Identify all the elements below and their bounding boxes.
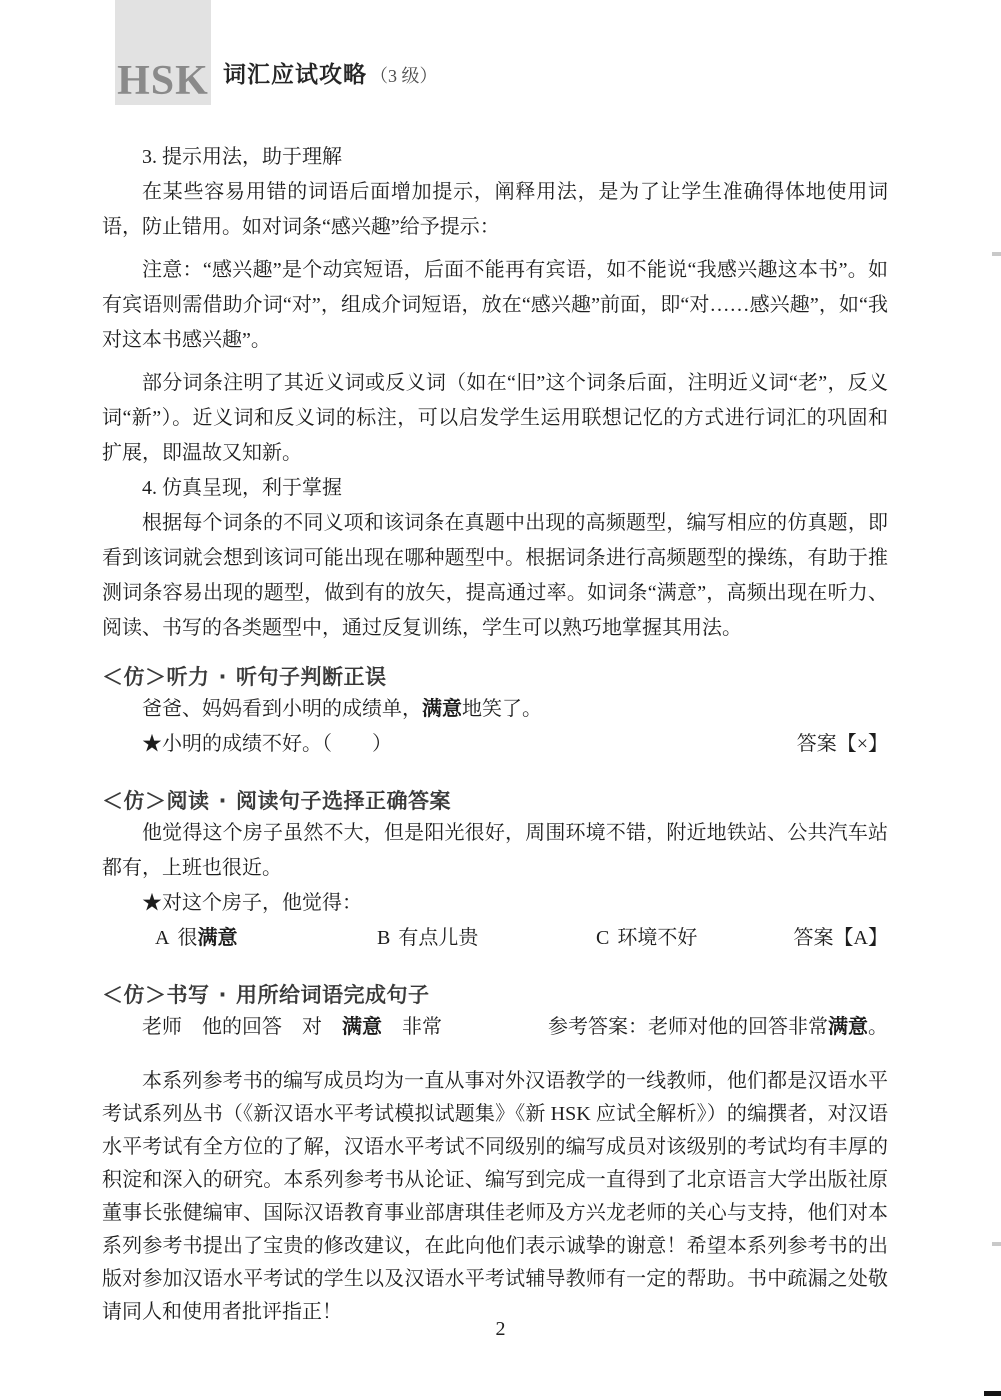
listening-header-skill: 听力 — [167, 665, 210, 689]
book-level: （3 级） — [370, 62, 438, 88]
writing-words-pre: 老师 他的回答 对 — [142, 1016, 342, 1038]
writing-header-desc: 用所给词语完成句子 — [236, 983, 430, 1007]
writing-words-post: 非常 — [382, 1016, 442, 1038]
writing-header-tag: ＜仿＞ — [102, 983, 167, 1007]
writing-answer-keyword: 满意 — [828, 1016, 868, 1038]
reading-answer: 答案【A】 — [794, 921, 888, 956]
page-header: HSK 词汇应试攻略 （3 级） — [115, 0, 438, 105]
listening-answer: 答案【×】 — [797, 727, 888, 762]
option-a-label: A — [155, 927, 169, 949]
scan-edge-mark-bottom — [984, 1391, 1001, 1396]
hsk-logo: HSK — [117, 59, 209, 103]
writing-word-list: 老师 他的回答 对 满意 非常 — [142, 1010, 442, 1045]
keyword-manyi: 满意 — [422, 698, 462, 720]
dot-separator: · — [219, 665, 227, 689]
writing-answer-post: 。 — [868, 1016, 888, 1038]
closing-paragraph: 本系列参考书的编写成员均为一直从事对外汉语教学的一线教师，他们都是汉语水平考试系… — [102, 1065, 888, 1329]
listening-header-tag: ＜仿＞ — [102, 665, 167, 689]
option-c: C环境不好 — [596, 921, 794, 956]
writing-answer-pre: 参考答案：老师对他的回答非常 — [548, 1016, 828, 1038]
point-4-title: 4. 仿真呈现，利于掌握 — [102, 471, 888, 506]
reading-header-skill: 阅读 — [167, 789, 210, 813]
option-a-text: 很 — [177, 927, 197, 949]
reading-passage: 他觉得这个房子虽然不大，但是阳光很好，周围环境不错，附近地铁站、公共汽车站都有，… — [102, 816, 888, 886]
scan-edge-mark-top — [992, 252, 1001, 256]
writing-prompt-row: 老师 他的回答 对 满意 非常 参考答案：老师对他的回答非常满意。 — [102, 1010, 888, 1045]
page-number: 2 — [0, 1318, 1001, 1341]
reading-options-row: A很满意 B有点儿贵 C环境不好 答案【A】 — [102, 921, 888, 956]
listening-sentence-pre: 爸爸、妈妈看到小明的成绩单， — [142, 698, 422, 720]
point-4-paragraph: 根据每个词条的不同义项和该词条在真题中出现的高频题型，编写相应的仿真题，即看到该… — [102, 506, 888, 646]
synonym-antonym-paragraph: 部分词条注明了其近义词或反义词（如在“旧”这个词条后面，注明近义词“老”，反义词… — [102, 366, 888, 471]
usage-note-paragraph: 注意：“感兴趣”是个动宾短语，后面不能再有宾语，如不能说“我感兴趣这本书”。如有… — [102, 253, 888, 358]
listening-sentence-post: 地笑了。 — [462, 698, 542, 720]
listening-question: ★小明的成绩不好。（ ） — [142, 727, 392, 762]
listening-sentence: 爸爸、妈妈看到小明的成绩单，满意地笑了。 — [102, 692, 888, 727]
option-c-text: 环境不好 — [617, 927, 697, 949]
dot-separator: · — [219, 789, 227, 813]
reading-header-desc: 阅读句子选择正确答案 — [236, 789, 451, 813]
hsk-logo-box: HSK — [115, 0, 211, 105]
point-3-title: 3. 提示用法，助于理解 — [102, 140, 888, 175]
option-a-keyword: 满意 — [197, 927, 237, 949]
option-a: A很满意 — [155, 921, 377, 956]
point-3-paragraph: 在某些容易用错的词语后面增加提示，阐释用法，是为了让学生准确得体地使用词语，防止… — [102, 175, 888, 245]
reading-question: ★对这个房子，他觉得： — [102, 886, 888, 921]
listening-question-row: ★小明的成绩不好。（ ） 答案【×】 — [102, 727, 888, 762]
scan-edge-mark-middle — [992, 1242, 1001, 1246]
option-c-label: C — [596, 927, 609, 949]
reading-section-header: ＜仿＞阅读·阅读句子选择正确答案 — [102, 786, 888, 816]
book-title: 词汇应试攻略 — [223, 56, 367, 89]
writing-section-header: ＜仿＞书写·用所给词语完成句子 — [102, 980, 888, 1010]
listening-header-desc: 听句子判断正误 — [236, 665, 387, 689]
dot-separator: · — [219, 983, 227, 1007]
writing-reference-answer: 参考答案：老师对他的回答非常满意。 — [548, 1010, 888, 1045]
reading-header-tag: ＜仿＞ — [102, 789, 167, 813]
book-page: HSK 词汇应试攻略 （3 级） 3. 提示用法，助于理解 在某些容易用错的词语… — [0, 0, 1001, 1400]
option-b-text: 有点儿贵 — [398, 927, 478, 949]
writing-keyword: 满意 — [342, 1016, 382, 1038]
listening-section-header: ＜仿＞听力·听句子判断正误 — [102, 662, 888, 692]
header-title-wrap: 词汇应试攻略 （3 级） — [223, 56, 438, 105]
writing-header-skill: 书写 — [167, 983, 210, 1007]
option-b-label: B — [377, 927, 390, 949]
page-content: 3. 提示用法，助于理解 在某些容易用错的词语后面增加提示，阐释用法，是为了让学… — [102, 140, 888, 1329]
option-b: B有点儿贵 — [377, 921, 596, 956]
